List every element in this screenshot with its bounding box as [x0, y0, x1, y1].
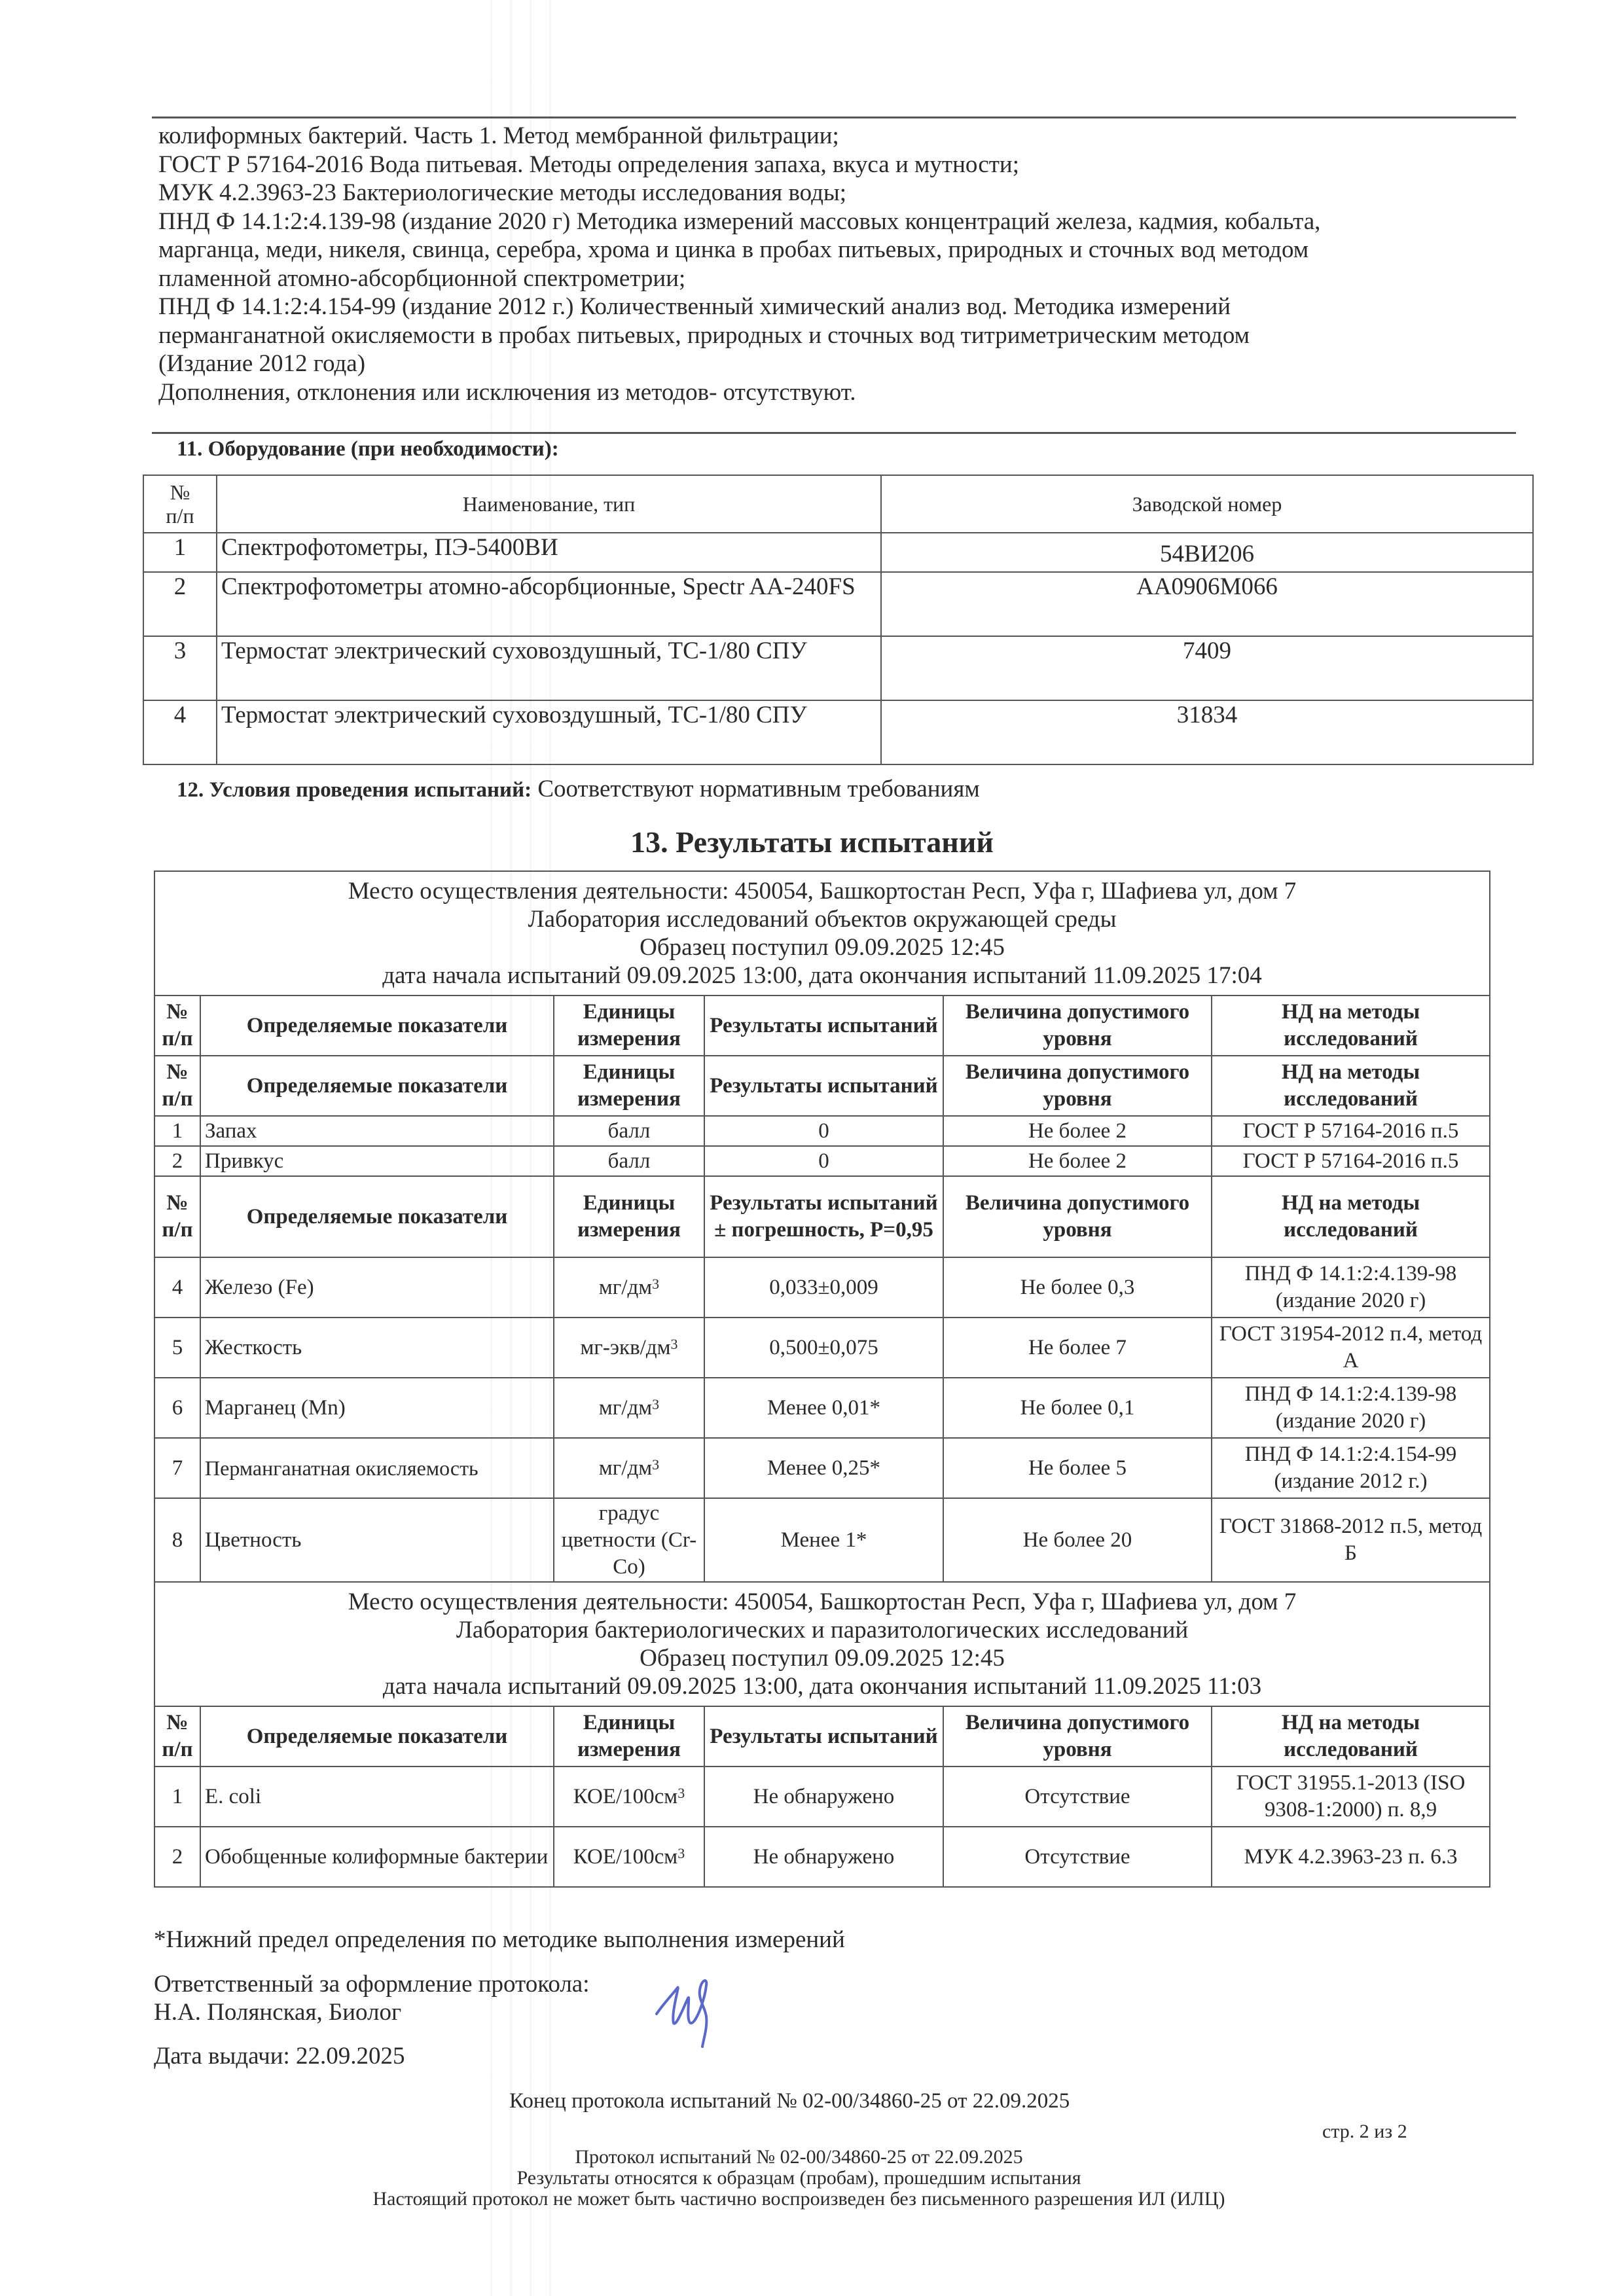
units-sup: 3	[652, 1396, 659, 1412]
row-indicator: E. coli	[200, 1767, 554, 1827]
results-header-row: № п/п Определяемые показатели Единицы из…	[154, 1706, 1490, 1767]
row-method: ПНД Ф 14.1:2:4.154-99 (издание 2012 г.)	[1212, 1438, 1490, 1498]
result-row: 5 Жесткость мг-экв/дм3 0,500±0,075 Не бо…	[154, 1318, 1490, 1378]
footer: Протокол испытаний № 02-00/34860-25 от 2…	[0, 2147, 1624, 2210]
row-num: 2	[154, 1146, 200, 1176]
footer-protocol: Протокол испытаний № 02-00/34860-25 от 2…	[0, 2147, 1624, 2168]
row-indicator: Железо (Fe)	[200, 1257, 554, 1318]
block1-lab: Лаборатория исследований объектов окружа…	[155, 905, 1489, 933]
hdr-result: Результаты испытаний	[704, 1056, 943, 1116]
footnote: *Нижний предел определения по методике в…	[154, 1926, 845, 1954]
row-method: МУК 4.2.3963-23 п. 6.3	[1212, 1827, 1490, 1887]
equipment-num: 2	[143, 572, 217, 636]
row-indicator: Цветность	[200, 1498, 554, 1582]
row-units: КОЕ/100см3	[554, 1827, 704, 1887]
row-method: ПНД Ф 14.1:2:4.139-98 (издание 2020 г)	[1212, 1257, 1490, 1318]
block1-dates: дата начала испытаний 09.09.2025 13:00, …	[155, 961, 1489, 990]
units-text: мг/дм	[599, 1456, 652, 1480]
equipment-heading: 11. Оборудование (при необходимости):	[177, 437, 559, 461]
units-text: градус цветности (Cr-Co)	[562, 1501, 696, 1579]
row-num: 6	[154, 1378, 200, 1438]
methods-line: ГОСТ Р 57164-2016 Вода питьевая. Методы …	[158, 151, 1520, 179]
block2-location-row: Место осуществления деятельности: 450054…	[154, 1582, 1490, 1706]
equipment-serial: AA0906M066	[881, 572, 1533, 636]
equipment-row: 1 Спектрофотометры, ПЭ-5400ВИ 54ВИ206	[143, 533, 1533, 572]
row-limit: Не более 5	[943, 1438, 1212, 1498]
units-sup: 3	[671, 1336, 678, 1352]
issue-date: Дата выдачи: 22.09.2025	[154, 2042, 405, 2070]
hdr-method: НД на методы исследований	[1212, 1706, 1490, 1767]
methods-line: колиформных бактерий. Часть 1. Метод мем…	[158, 122, 1520, 151]
conditions: 12. Условия проведения испытаний: Соотве…	[177, 775, 980, 803]
units-sup: 3	[677, 1785, 685, 1801]
footer-copy-note: Настоящий протокол не может быть частичн…	[0, 2189, 1624, 2210]
methods-line: пламенной атомно-абсорбционной спектроме…	[158, 264, 1520, 293]
equipment-name: Термостат электрический суховоздушный, Т…	[217, 636, 881, 700]
hdr-num: № п/п	[154, 1176, 200, 1257]
equipment-row: 2 Спектрофотометры атомно-абсорбционные,…	[143, 572, 1533, 636]
hdr-result: Результаты испытаний	[704, 1706, 943, 1767]
block2-lab: Лаборатория бактериологических и паразит…	[155, 1616, 1489, 1644]
row-units: балл	[554, 1116, 704, 1146]
equipment-name: Термостат электрический суховоздушный, Т…	[217, 700, 881, 764]
conditions-value: Соответствуют нормативным требованиям	[532, 776, 980, 802]
units-sup: 3	[652, 1456, 659, 1473]
hdr-num: № п/п	[154, 996, 200, 1056]
block2-info: Место осуществления деятельности: 450054…	[154, 1582, 1490, 1706]
col-serial-header: Заводской номер	[881, 475, 1533, 533]
results-header-row: № п/п Определяемые показатели Единицы из…	[154, 1176, 1490, 1257]
methods-line: ПНД Ф 14.1:2:4.154-99 (издание 2012 г.) …	[158, 293, 1520, 321]
row-method: ГОСТ 31868-2012 п.5, метод Б	[1212, 1498, 1490, 1582]
row-units: мг/дм3	[554, 1257, 704, 1318]
row-limit: Отсутствие	[943, 1767, 1212, 1827]
block1-received: Образец поступил 09.09.2025 12:45	[155, 933, 1489, 961]
hdr-method: НД на методы исследований	[1212, 1176, 1490, 1257]
hdr-indicator: Определяемые показатели	[200, 1176, 554, 1257]
equipment-serial: 7409	[881, 636, 1533, 700]
row-indicator: Запах	[200, 1116, 554, 1146]
row-units: КОЕ/100см3	[554, 1767, 704, 1827]
row-result: Менее 0,01*	[704, 1378, 943, 1438]
row-result: Не обнаружено	[704, 1767, 943, 1827]
methods-line: МУК 4.2.3963-23 Бактериологические метод…	[158, 179, 1520, 207]
equipment-table: № п/п Наименование, тип Заводской номер …	[143, 475, 1534, 765]
row-indicator: Перманганатная окисляемость	[200, 1438, 554, 1498]
row-result: Не обнаружено	[704, 1827, 943, 1887]
row-result: 0,500±0,075	[704, 1318, 943, 1378]
equipment-serial: 31834	[881, 700, 1533, 764]
block2-location: Место осуществления деятельности: 450054…	[155, 1588, 1489, 1616]
row-limit: Не более 20	[943, 1498, 1212, 1582]
responsible-label: Ответственный за оформление протокола:	[154, 1970, 590, 1998]
units-sup: 3	[652, 1276, 659, 1292]
units-text: КОЕ/100см	[573, 1785, 677, 1808]
hdr-num: № п/п	[154, 1706, 200, 1767]
hdr-result-err: Результаты испытаний ± погрешность, Р=0,…	[704, 1176, 943, 1257]
methods-line: Дополнения, отклонения или исключения из…	[158, 378, 1520, 407]
results-header-row: № п/п Определяемые показатели Единицы из…	[154, 1056, 1490, 1116]
hdr-limit: Величина допустимого уровня	[943, 996, 1212, 1056]
row-indicator: Марганец (Mn)	[200, 1378, 554, 1438]
responsible-name: Н.А. Полянская, Биолог	[154, 1998, 401, 2026]
row-units: мг/дм3	[554, 1438, 704, 1498]
hdr-units: Единицы измерения	[554, 1706, 704, 1767]
block1-location-row: Место осуществления деятельности: 450054…	[154, 871, 1490, 996]
row-num: 5	[154, 1318, 200, 1378]
row-num: 1	[154, 1767, 200, 1827]
row-limit: Не более 7	[943, 1318, 1212, 1378]
units-text: мг/дм	[599, 1276, 652, 1299]
results-title: 13. Результаты испытаний	[0, 825, 1624, 859]
row-units: балл	[554, 1146, 704, 1176]
result-row: 2 Обобщенные колиформные бактерии КОЕ/10…	[154, 1827, 1490, 1887]
row-result: Менее 1*	[704, 1498, 943, 1582]
result-row: 7 Перманганатная окисляемость мг/дм3 Мен…	[154, 1438, 1490, 1498]
row-indicator: Привкус	[200, 1146, 554, 1176]
row-num: 4	[154, 1257, 200, 1318]
methods-line: (Издание 2012 года)	[158, 350, 1520, 378]
methods-bottom-rule	[152, 432, 1516, 434]
row-result: 0	[704, 1116, 943, 1146]
row-indicator: Обобщенные колиформные бактерии	[200, 1827, 554, 1887]
results-header-row: № п/п Определяемые показатели Единицы из…	[154, 996, 1490, 1056]
equipment-name: Спектрофотометры, ПЭ-5400ВИ	[217, 533, 881, 572]
methods-list: колиформных бактерий. Часть 1. Метод мем…	[158, 122, 1520, 406]
row-units: мг/дм3	[554, 1378, 704, 1438]
row-indicator: Жесткость	[200, 1318, 554, 1378]
hdr-method: НД на методы исследований	[1212, 1056, 1490, 1116]
equipment-num: 1	[143, 533, 217, 572]
methods-line: марганца, меди, никеля, свинца, серебра,…	[158, 236, 1520, 264]
hdr-units: Единицы измерения	[554, 996, 704, 1056]
hdr-method: НД на методы исследований	[1212, 996, 1490, 1056]
equipment-serial: 54ВИ206	[881, 533, 1533, 572]
row-num: 2	[154, 1827, 200, 1887]
row-method: ГОСТ 31955.1-2013 (ISO 9308-1:2000) п. 8…	[1212, 1767, 1490, 1827]
hdr-limit: Величина допустимого уровня	[943, 1056, 1212, 1116]
row-limit: Не более 2	[943, 1146, 1212, 1176]
hdr-result: Результаты испытаний	[704, 996, 943, 1056]
row-result: Менее 0,25*	[704, 1438, 943, 1498]
methods-line: перманганатной окисляемости в пробах пит…	[158, 321, 1520, 350]
end-line: Конец протокола испытаний № 02-00/34860-…	[509, 2089, 1070, 2113]
col-num-header: № п/п	[143, 475, 217, 533]
units-text: мг/дм	[599, 1396, 652, 1420]
row-units: градус цветности (Cr-Co)	[554, 1498, 704, 1582]
equipment-num: 4	[143, 700, 217, 764]
col-name-header: Наименование, тип	[217, 475, 881, 533]
row-method: ПНД Ф 14.1:2:4.139-98 (издание 2020 г)	[1212, 1378, 1490, 1438]
row-method: ГОСТ 31954-2012 п.4, метод А	[1212, 1318, 1490, 1378]
top-rule	[152, 117, 1516, 118]
block2-dates: дата начала испытаний 09.09.2025 13:00, …	[155, 1672, 1489, 1700]
hdr-units: Единицы измерения	[554, 1056, 704, 1116]
row-limit: Не более 2	[943, 1116, 1212, 1146]
row-result: 0	[704, 1146, 943, 1176]
row-units: мг-экв/дм3	[554, 1318, 704, 1378]
block2-received: Образец поступил 09.09.2025 12:45	[155, 1644, 1489, 1672]
footer-results-note: Результаты относятся к образцам (пробам)…	[0, 2168, 1624, 2189]
units-text: КОЕ/100см	[573, 1845, 677, 1869]
row-method: ГОСТ Р 57164-2016 п.5	[1212, 1146, 1490, 1176]
result-row: 4 Железо (Fe) мг/дм3 0,033±0,009 Не боле…	[154, 1257, 1490, 1318]
units-text: мг-экв/дм	[580, 1336, 670, 1359]
row-num: 7	[154, 1438, 200, 1498]
row-limit: Отсутствие	[943, 1827, 1212, 1887]
result-row: 6 Марганец (Mn) мг/дм3 Менее 0,01* Не бо…	[154, 1378, 1490, 1438]
result-row: 2 Привкус балл 0 Не более 2 ГОСТ Р 57164…	[154, 1146, 1490, 1176]
page-number: стр. 2 из 2	[1322, 2121, 1407, 2143]
methods-line: ПНД Ф 14.1:2:4.139-98 (издание 2020 г) М…	[158, 207, 1520, 236]
hdr-indicator: Определяемые показатели	[200, 1056, 554, 1116]
row-limit: Не более 0,1	[943, 1378, 1212, 1438]
hdr-num: № п/п	[154, 1056, 200, 1116]
result-row: 1 E. coli КОЕ/100см3 Не обнаружено Отсут…	[154, 1767, 1490, 1827]
units-sup: 3	[677, 1845, 685, 1861]
equipment-name: Спектрофотометры атомно-абсорбционные, S…	[217, 572, 881, 636]
equipment-row: 4 Термостат электрический суховоздушный,…	[143, 700, 1533, 764]
hdr-indicator: Определяемые показатели	[200, 1706, 554, 1767]
row-num: 8	[154, 1498, 200, 1582]
row-limit: Не более 0,3	[943, 1257, 1212, 1318]
conditions-label: 12. Условия проведения испытаний:	[177, 778, 532, 802]
hdr-indicator: Определяемые показатели	[200, 996, 554, 1056]
block1-info: Место осуществления деятельности: 450054…	[154, 871, 1490, 996]
row-result: 0,033±0,009	[704, 1257, 943, 1318]
results-table: Место осуществления деятельности: 450054…	[154, 870, 1490, 1888]
equipment-header-row: № п/п Наименование, тип Заводской номер	[143, 475, 1533, 533]
hdr-limit: Величина допустимого уровня	[943, 1706, 1212, 1767]
equipment-num: 3	[143, 636, 217, 700]
row-method: ГОСТ Р 57164-2016 п.5	[1212, 1116, 1490, 1146]
result-row: 1 Запах балл 0 Не более 2 ГОСТ Р 57164-2…	[154, 1116, 1490, 1146]
equipment-row: 3 Термостат электрический суховоздушный,…	[143, 636, 1533, 700]
hdr-limit: Величина допустимого уровня	[943, 1176, 1212, 1257]
signature-icon	[651, 1973, 723, 2052]
block1-location: Место осуществления деятельности: 450054…	[155, 877, 1489, 905]
result-row: 8 Цветность градус цветности (Cr-Co) Мен…	[154, 1498, 1490, 1582]
row-num: 1	[154, 1116, 200, 1146]
hdr-units: Единицы измерения	[554, 1176, 704, 1257]
